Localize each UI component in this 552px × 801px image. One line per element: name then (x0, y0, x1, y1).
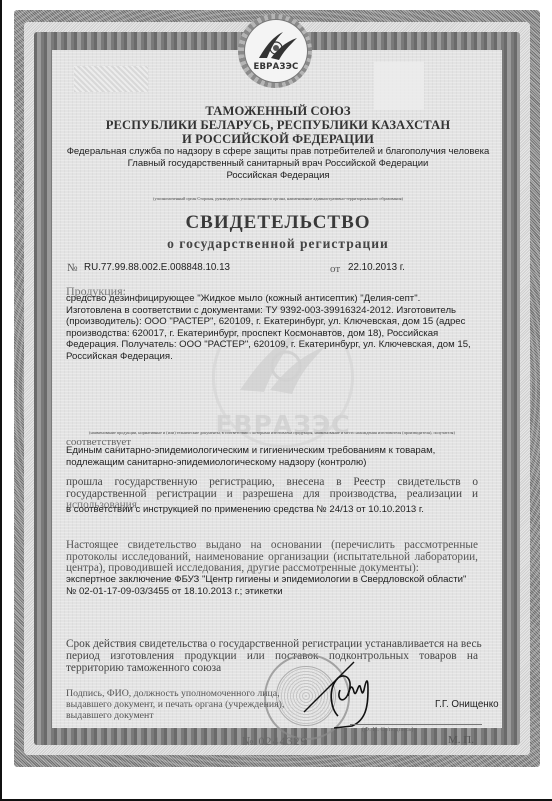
certificate-subtitle: о государственной регистрации (62, 236, 494, 252)
eurasec-emblem-icon (245, 20, 307, 82)
signature-caption-line3: выдавшего документ (66, 710, 154, 721)
header-official: Главный государственный санитарный врач … (62, 158, 494, 169)
form-number: № 0244329 (242, 734, 307, 749)
header-customs-union: ТАМОЖЕННЫЙ СОЮЗ (62, 104, 494, 119)
validity-line1: Срок действия свидетельства о государств… (66, 638, 478, 650)
document-frame: ЕВРАЗЭС ЕВРАЗЭС ТАМОЖЕННЫЙ СОЮЗ РЕСПУБЛИ… (0, 0, 552, 801)
basis-documents: экспертное заключение ФБУЗ "Центр гигиен… (66, 574, 478, 597)
product-caption: (наименование продукции, нормативные и (… (66, 430, 478, 435)
emblem-label: ЕВРАЗЭС (245, 62, 307, 72)
compliance-text: Единым санитарно-эпидемиологическим и ги… (66, 445, 478, 468)
header-country: Российская Федерация (62, 170, 494, 181)
instruction-reference: в соответствии с инструкцией по применен… (66, 504, 424, 515)
product-description: средство дезинфицирующее "Жидкое мыло (к… (66, 293, 478, 363)
header-caption: (уполномоченный орган Стороны, руководит… (62, 196, 494, 201)
basis-intro: Настоящее свидетельство выдано на основа… (66, 540, 478, 575)
certificate-title: СВИДЕТЕЛЬСТВО (62, 212, 494, 234)
registration-date-label: от (330, 263, 340, 275)
header-agency: Федеральная служба по надзору в сфере за… (62, 146, 494, 157)
signature-line (350, 724, 482, 725)
signer-caption: (Ф. И. О./подпись) (362, 726, 413, 733)
registration-date: 22.10.2013 г. (348, 262, 405, 273)
registration-number: RU.77.99.88.002.Е.008848.10.13 (84, 262, 230, 273)
seal-place-label: М. П. (448, 734, 474, 746)
registration-passed-line1: прошла государственную регистрацию, внес… (66, 476, 478, 488)
validity-line2: период изготовления продукции или постав… (66, 650, 478, 662)
eurasec-emblem: ЕВРАЗЭС (245, 20, 307, 82)
handwritten-signature (302, 650, 392, 730)
registration-number-label: № (67, 262, 78, 274)
signer-name: Г.Г. Онищенко (435, 699, 499, 710)
validity-line3: территорию таможенного союза (66, 662, 221, 674)
header-russian-federation: И РОССИЙСКОЙ ФЕДЕРАЦИИ (62, 132, 494, 147)
signature-caption-line2: выдавшего документ, и печать органа (учр… (66, 699, 274, 710)
header-republics: РЕСПУБЛИКИ БЕЛАРУСЬ, РЕСПУБЛИКИ КАЗАХСТА… (62, 118, 494, 133)
signature-caption-line1: Подпись, ФИО, должность уполномоченного … (66, 688, 274, 699)
hologram-pattern (374, 62, 424, 110)
hologram-pattern (74, 66, 148, 92)
